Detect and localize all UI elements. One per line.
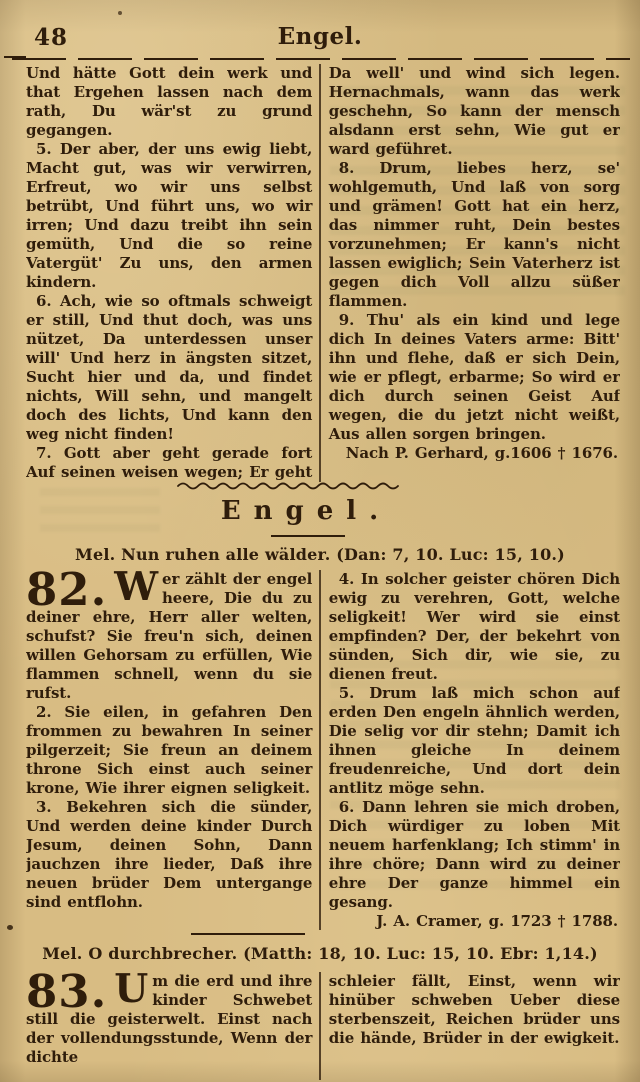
verse-paragraph: 6. Dann lehren sie mich droben, Dich wür…: [329, 798, 620, 912]
verse-paragraph: 5. Drum laß mich schon auf erden Den eng…: [329, 684, 620, 798]
attribution-line: Nach P. Gerhard, g.1606 † 1676.: [329, 444, 620, 463]
hymn-83-number: 83.: [26, 974, 107, 1010]
hymn-81-left-column: Und hätte Gott dein werk und that Ergehe…: [26, 64, 319, 482]
hymn-83-melody-line: Mel. O durchbrecher. (Matth: 18, 10. Luc…: [20, 944, 620, 963]
ink-speck: [7, 925, 13, 930]
verse-paragraph: Und hätte Gott dein werk und that Ergehe…: [26, 64, 312, 140]
wavy-divider: [176, 480, 402, 490]
verse-paragraph: 4. In solcher geister chören Dich ewig z…: [329, 570, 620, 684]
verse-paragraph: Da well' und wind sich legen. Hernachmal…: [329, 64, 620, 159]
hymn-83-left-column: 83.Um die erd und ihre kinder Schwebet s…: [26, 972, 319, 1080]
verse-paragraph: 6. Ach, wie so oftmals schweigt er still…: [26, 292, 312, 444]
verse-paragraph: 82.Wer zählt der engel heere, Die du zu …: [26, 570, 312, 703]
verse-paragraph: 2. Sie eilen, in gefahren Den frommen zu…: [26, 703, 312, 798]
hymn-82-left-column: 82.Wer zählt der engel heere, Die du zu …: [26, 570, 319, 930]
section-heading: Engel.: [0, 496, 612, 526]
verse-paragraph: schleier fällt, Einst, wenn wir hinüber …: [329, 972, 620, 1048]
verse-paragraph: 8. Drum, liebes herz, se' wohlgemuth, Un…: [329, 159, 620, 311]
hymn-83-section: 83.Um die erd und ihre kinder Schwebet s…: [26, 972, 620, 1080]
hymn-83-dropcap: U: [114, 973, 148, 1006]
verse-paragraph: 3. Bekehren sich die sünder, Und werden …: [26, 798, 312, 912]
hymn-83-right-column: schleier fällt, Einst, wenn wir hinüber …: [321, 972, 620, 1080]
hymn-81-right-column: Da well' und wind sich legen. Hernachmal…: [321, 64, 620, 482]
hymnal-scanned-page: 48 Engel. Und hätte Gott dein werk und t…: [0, 0, 640, 1082]
ink-speck: [118, 11, 122, 15]
hymn-82-melody-line: Mel. Nun ruhen alle wälder. (Dan: 7, 10.…: [20, 545, 620, 564]
verse-paragraph: 7. Gott aber geht gerade fort Auf seinen…: [26, 444, 312, 482]
running-title: Engel.: [0, 23, 640, 50]
hymn-81-section: Und hätte Gott dein werk und that Ergehe…: [26, 64, 620, 482]
verse-paragraph: 9. Thu' als ein kind und lege dich In de…: [329, 311, 620, 444]
header-rule: [12, 58, 630, 60]
attribution-line: J. A. Cramer, g. 1723 † 1788.: [329, 912, 620, 930]
hymn-82-section: 82.Wer zählt der engel heere, Die du zu …: [26, 570, 620, 930]
hymn-82-dropcap: W: [114, 571, 158, 604]
hymn-82-right-column: 4. In solcher geister chören Dich ewig z…: [321, 570, 620, 930]
hymn-82-number: 82.: [26, 572, 107, 608]
hymn-separator-rule: [191, 933, 305, 935]
verse-paragraph: 5. Der aber, der uns ewig liebt, Macht g…: [26, 140, 312, 292]
verse-paragraph: 83.Um die erd und ihre kinder Schwebet s…: [26, 972, 312, 1067]
heading-rule: [271, 535, 345, 537]
